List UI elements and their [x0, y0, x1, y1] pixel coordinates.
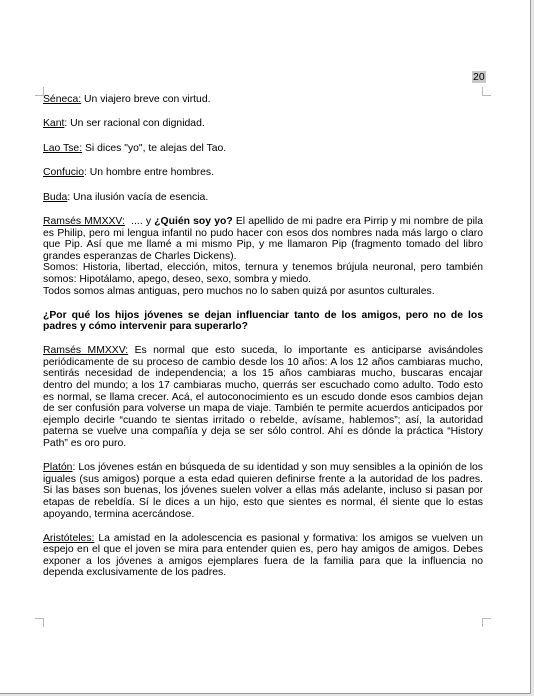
quote-seneca: Séneca: Un viajero breve con virtud. [43, 94, 483, 106]
speaker-label: Ramsés MMXXV: [43, 216, 125, 227]
paragraph-ramses-intro: Ramsés MMXXV: .... y ¿Quién soy yo? El a… [43, 216, 483, 297]
quote-text: : Un ser racional con dignidad. [64, 118, 204, 129]
paragraph-text: La amistad en la adolescencia es pasiona… [43, 533, 483, 579]
speaker-label: Séneca: [43, 94, 81, 105]
speaker-label: Kant [43, 118, 64, 129]
speaker-label: Lao Tse: [43, 143, 82, 154]
paragraph-text: .... y [125, 216, 154, 227]
crop-mark-bottom-right [482, 618, 491, 627]
quote-text: : Una ilusión vacía de esencia. [67, 192, 208, 203]
speaker-label: Buda [43, 192, 67, 203]
page-number[interactable]: 20 [472, 71, 486, 83]
paragraph-line: Todos somos almas antiguas, pero muchos … [43, 286, 483, 298]
paragraph-platon: Platón: Los jóvenes están en búsqueda de… [43, 462, 483, 520]
crop-mark-top-right [482, 87, 491, 96]
quote-buda: Buda: Una ilusión vacía de esencia. [43, 192, 483, 204]
quote-text: Si dices "yo", te alejas del Tao. [82, 143, 226, 154]
speaker-label: Confucio [43, 167, 84, 178]
quote-text: : Un hombre entre hombres. [84, 167, 214, 178]
quote-text: Un viajero breve con virtud. [81, 94, 210, 105]
quote-confucio: Confucio: Un hombre entre hombres. [43, 167, 483, 179]
bold-question: ¿Quién soy yo? [154, 216, 232, 227]
document-body[interactable]: Séneca: Un viajero breve con virtud. Kan… [43, 94, 483, 591]
crop-mark-bottom-left [35, 618, 44, 627]
speaker-label: Ramsés MMXXV: [43, 345, 128, 356]
quote-lao-tse: Lao Tse: Si dices "yo", te alejas del Ta… [43, 143, 483, 155]
paragraph-line: Somos: Historia, libertad, elección, mit… [43, 262, 483, 285]
paragraph-ramses-answer: Ramsés MMXXV: Es normal que esto suceda,… [43, 345, 483, 449]
quote-kant: Kant: Un ser racional con dignidad. [43, 118, 483, 130]
paragraph-aristoteles: Aristóteles: La amistad en la adolescenc… [43, 533, 483, 579]
speaker-label: Aristóteles: [43, 533, 94, 544]
speaker-label: Platón [43, 462, 72, 473]
paragraph-text: : Los jóvenes están en búsqueda de su id… [43, 462, 483, 519]
paragraph-text: Es normal que esto suceda, lo importante… [43, 345, 483, 449]
section-question-heading: ¿Por qué los hijos jóvenes se dejan infl… [43, 310, 483, 333]
document-page: 20 Séneca: Un viajero breve con virtud. … [0, 0, 531, 694]
